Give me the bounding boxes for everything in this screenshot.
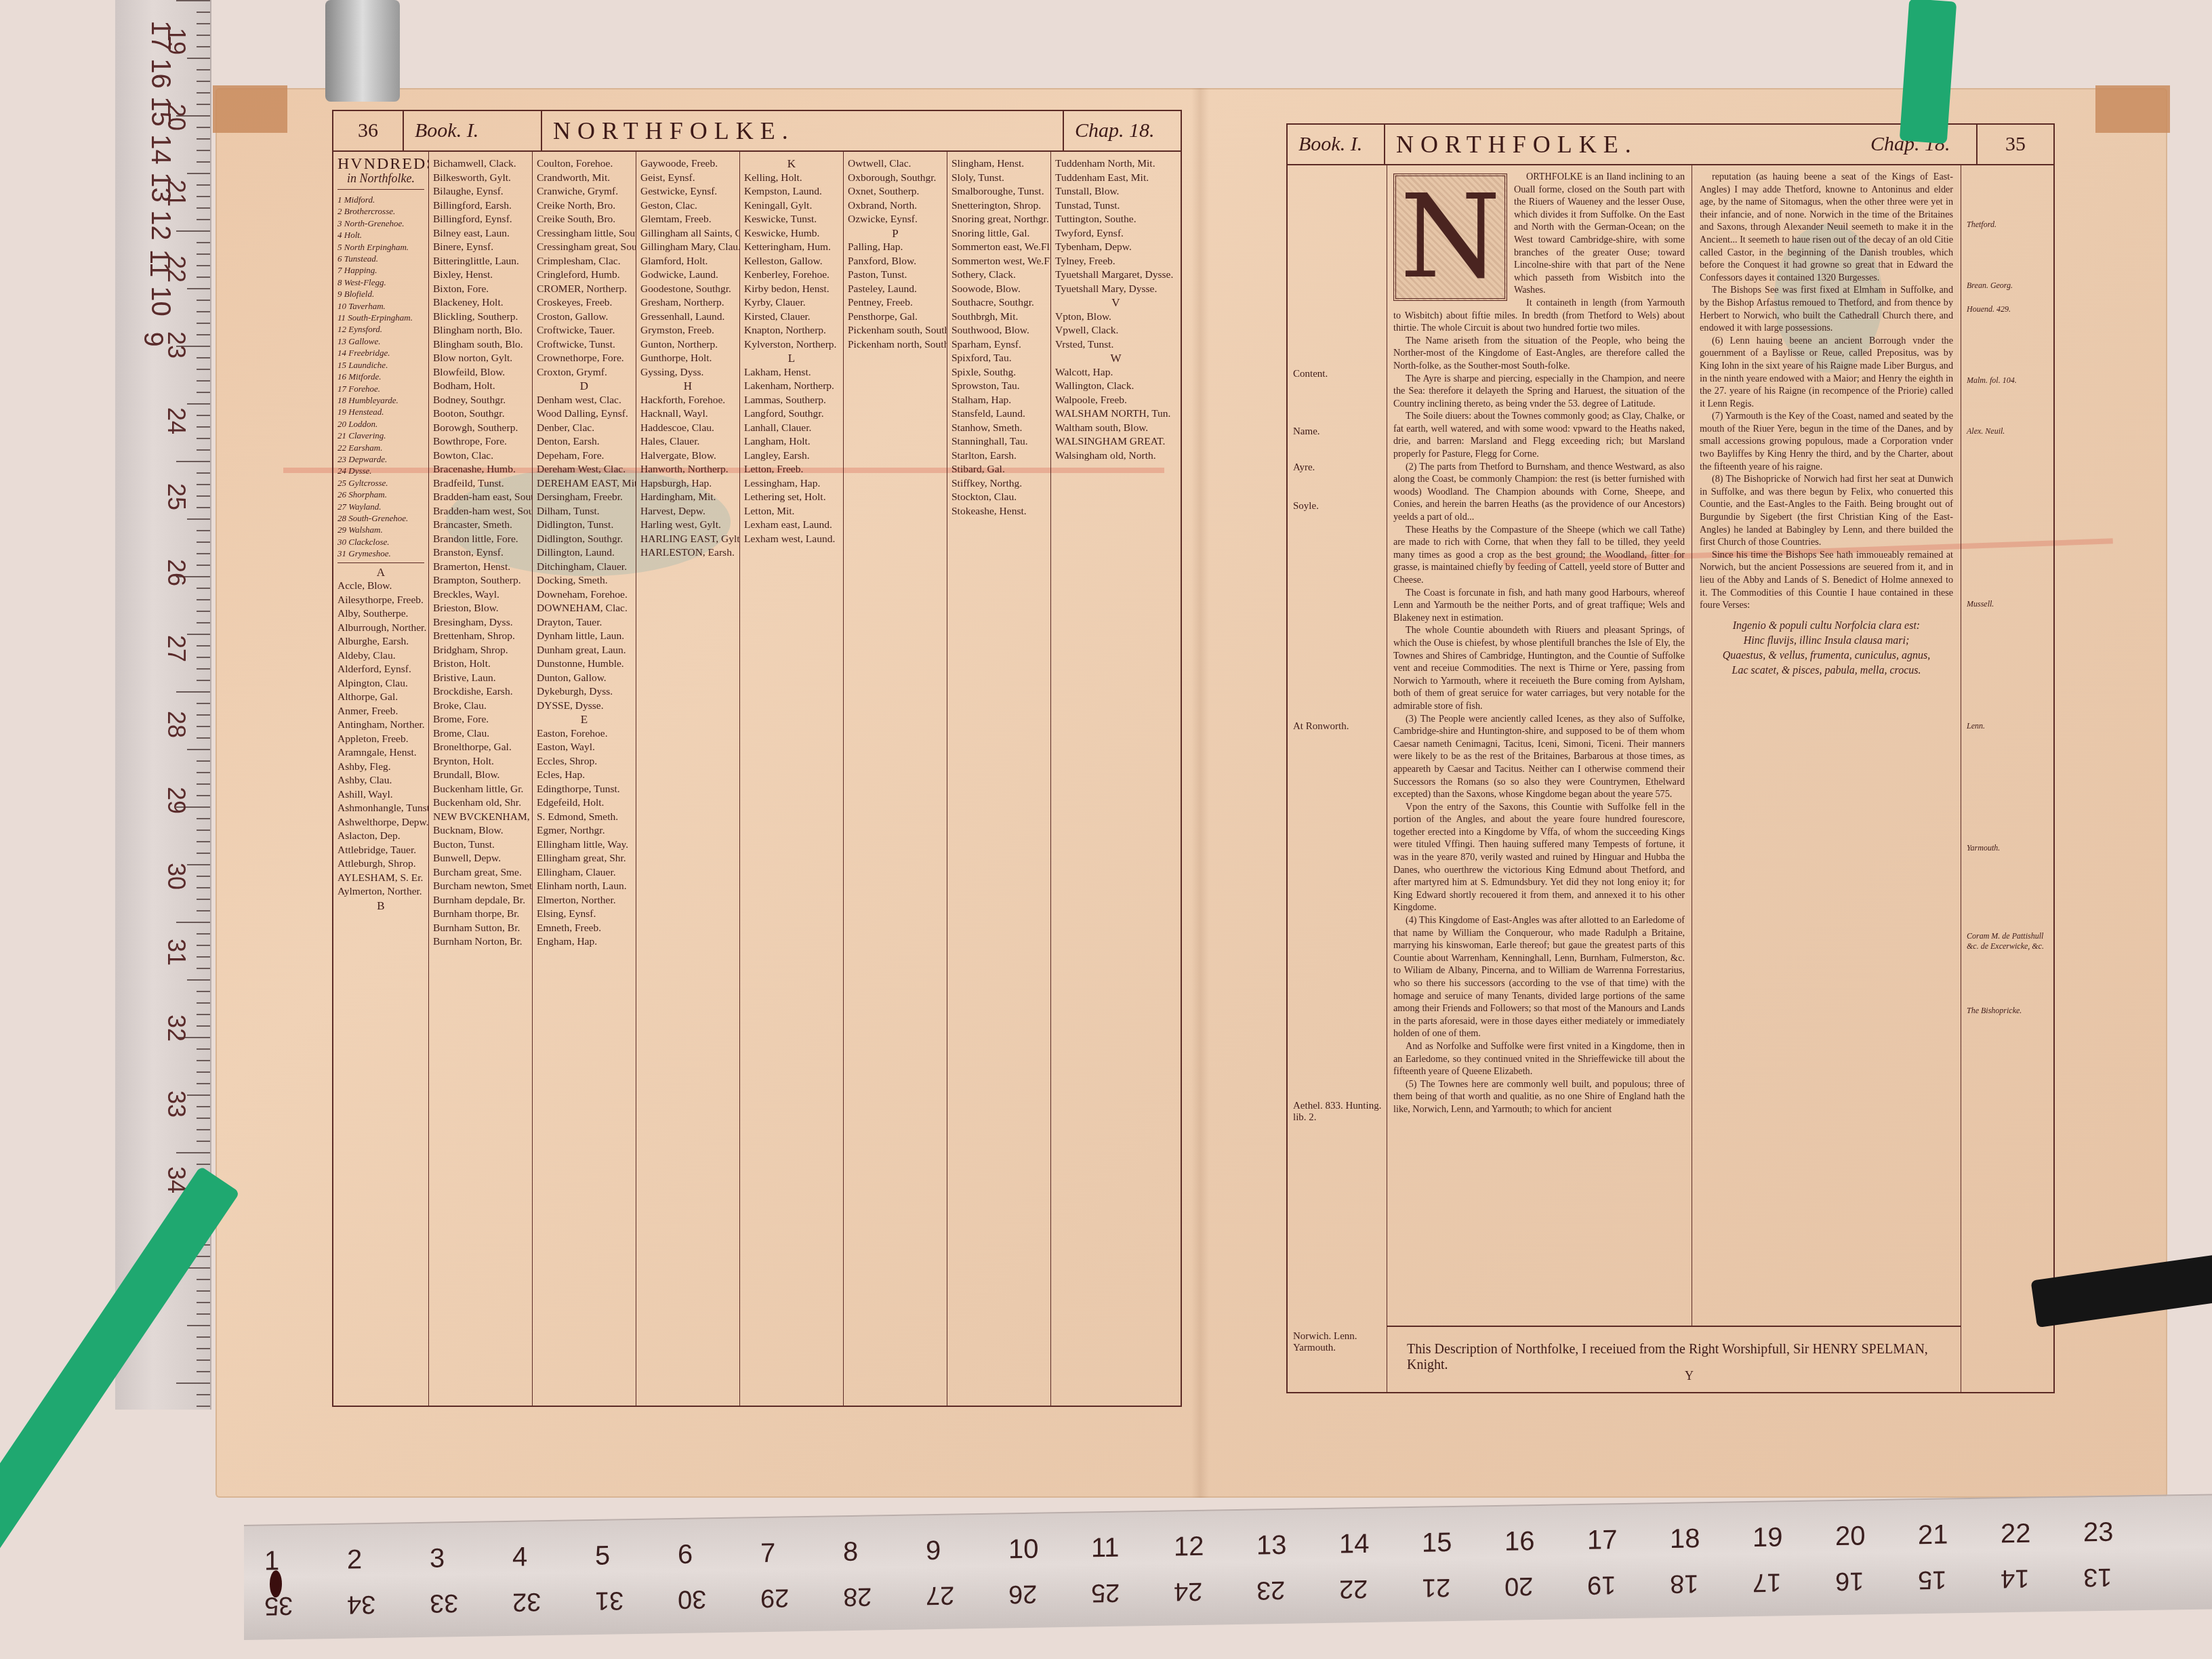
ruler-tick — [197, 1106, 210, 1107]
ruler-tick — [197, 300, 210, 301]
index-entry: Ditchingham, Clauer. — [537, 560, 632, 575]
index-entry: Edingthorpe, Tunst. — [537, 783, 632, 797]
margin-note: Soyle. — [1293, 501, 1319, 512]
ruler-tick — [197, 876, 210, 877]
ruler-number: 33 — [430, 1588, 458, 1618]
hundred-item: 3 North-Grenehoe. — [337, 218, 424, 229]
paragraph: (6) Lenn hauing beene an ancient Borroug… — [1700, 335, 1953, 411]
index-entry: Bilaughe, Eynsf. — [433, 185, 528, 199]
ruler-tick — [197, 1129, 210, 1130]
index-entry: Snetterington, Shrop. — [951, 199, 1046, 213]
index-entry: Bodham, Holt. — [433, 380, 528, 394]
ruler-number: 27 — [162, 635, 190, 662]
index-entry: Aramngale, Henst. — [337, 746, 424, 760]
index-entry: Hanworth, Northerp. — [640, 463, 735, 477]
ruler-tick — [187, 58, 210, 59]
paragraph: The Soile diuers: about the Townes commo… — [1393, 410, 1685, 460]
index-entry: Tunstad, Tunst. — [1055, 199, 1176, 213]
index-entry: Hacknall, Wayl. — [640, 407, 735, 422]
ruler-tick — [197, 1406, 210, 1407]
index-entry: Drayton, Tauer. — [537, 616, 632, 630]
index-entry: Brockdishe, Earsh. — [433, 685, 528, 699]
hundred-item: 25 Gyltcrosse. — [337, 477, 424, 489]
ruler-tick — [197, 207, 210, 209]
index-entry: Dersingham, Freebr. — [537, 491, 632, 505]
index-entry: Bucton, Tunst. — [433, 838, 528, 853]
index-entry: Kelleston, Gallow. — [744, 255, 839, 269]
hundred-item: 6 Tunstead. — [337, 253, 424, 264]
index-entry: Vrsted, Tunst. — [1055, 338, 1176, 352]
index-letter-heading: P — [848, 227, 943, 241]
index-entry: Owtwell, Clac. — [848, 157, 943, 171]
left-margin-notes: Content.Name.Ayre.Soyle.At Ronworth.Aeth… — [1288, 165, 1387, 1392]
ruler-tick — [197, 150, 210, 151]
hundred-item: 21 Clavering. — [337, 430, 424, 441]
ruler-number: 22 — [1339, 1574, 1368, 1603]
index-entry: Panxford, Blow. — [848, 255, 943, 269]
margin-note: Norwich. Lenn. Yarmouth. — [1293, 1331, 1387, 1354]
index-entry: Tybenham, Depw. — [1055, 241, 1176, 255]
ruler-number: 16 — [1835, 1565, 1864, 1595]
index-entry: Bronelthorpe, Gal. — [433, 741, 528, 755]
ruler-number: 30 — [162, 863, 190, 890]
index-entry: Ashill, Wayl. — [337, 788, 424, 802]
index-entry: Slingham, Henst. — [951, 157, 1046, 171]
index-entry: Creike South, Bro. — [537, 213, 632, 227]
ruler-tick — [187, 634, 210, 635]
index-column-2: Bichamwell, Clack.Bilkesworth, Gylt.Bila… — [429, 152, 533, 1406]
index-entry: Alby, Southerpe. — [337, 607, 424, 621]
index-entry: Denham west, Clac. — [537, 394, 632, 408]
index-entry: Crownethorpe, Fore. — [537, 352, 632, 366]
index-entry: Blingham south, Blo. — [433, 338, 528, 352]
index-entry: Soowode, Blow. — [951, 283, 1046, 297]
ruler-tick — [197, 1279, 210, 1280]
paragraph: (8) The Bishopricke of Norwich had first… — [1700, 473, 1953, 549]
ruler-number: 10 — [145, 286, 176, 316]
index-entry: Tuddenham East, Mit. — [1055, 171, 1176, 186]
index-entry: Bradden-ham west, Southg. — [433, 505, 528, 519]
index-entry: DOWNEHAM, Clac. — [537, 602, 632, 616]
index-entry: Pentney, Freeb. — [848, 296, 943, 310]
index-entry: Ketteringham, Hum. — [744, 241, 839, 255]
index-entry: Easton, Wayl. — [537, 741, 632, 755]
index-entry: Geston, Clac. — [640, 199, 735, 213]
index-entry: Sparham, Eynsf. — [951, 338, 1046, 352]
ruler-number: 1 — [264, 1546, 279, 1576]
paragraph: The Bishops See was first fixed at Elmha… — [1700, 284, 1953, 334]
ruler-tick — [197, 956, 210, 958]
place-list: AAccle, Blow.Ailesythorpe, Freeb.Alby, S… — [337, 562, 424, 914]
ruler-tick — [197, 968, 210, 969]
index-entry: Stanhow, Smeth. — [951, 422, 1046, 436]
index-entry: Billingford, Earsh. — [433, 199, 528, 213]
index-entry: Snoring little, Gal. — [951, 227, 1046, 241]
hundred-item: 5 North Erpingham. — [337, 241, 424, 253]
index-entry: Cressingham little, Sout. — [537, 227, 632, 241]
index-entry: Lessingham, Hap. — [744, 477, 839, 491]
hundred-item: 30 Clackclose. — [337, 536, 424, 548]
index-entry: Brandon little, Fore. — [433, 533, 528, 547]
ruler-tick — [197, 1290, 210, 1292]
index-column-7: Slingham, Henst.Sloly, Tunst.Smalborough… — [947, 152, 1051, 1406]
hundred-item: 28 South-Grenehoe. — [337, 512, 424, 524]
ruler-tick — [197, 311, 210, 312]
ruler-number: 20 — [1504, 1571, 1533, 1601]
ruler-tick — [197, 1394, 210, 1395]
index-entry: Croftwicke, Tunst. — [537, 338, 632, 352]
index-entry: Broke, Clau. — [433, 699, 528, 714]
ruler-number: 12 — [1174, 1532, 1204, 1563]
ruler-number: 18 — [1670, 1568, 1698, 1598]
index-entry: Attlebridge, Tauer. — [337, 844, 424, 858]
index-entry: Easton, Forehoe. — [537, 727, 632, 741]
index-entry: Lammas, Southerp. — [744, 394, 839, 408]
corner-tape-top-left — [213, 85, 287, 133]
index-entry: Bodney, Southgr. — [433, 394, 528, 408]
verse-line: Hinc fluvijs, illinc Insula clausa mari; — [1700, 634, 1953, 649]
index-entry: Ozwicke, Eynsf. — [848, 213, 943, 227]
index-entry: Sloly, Tunst. — [951, 171, 1046, 186]
ruler-number: 13 — [1256, 1530, 1287, 1561]
index-entry: Gresham, Northerp. — [640, 296, 735, 310]
paragraph: (5) The Townes here are commonly well bu… — [1393, 1078, 1685, 1116]
hundred-item: 11 South-Erpingham. — [337, 312, 424, 323]
index-entry: Halvergate, Blow. — [640, 449, 735, 464]
page-title: NORTHFOLKE. — [1385, 125, 1860, 164]
ruler-number: 32 — [512, 1586, 541, 1616]
index-entry: Cringleford, Humb. — [537, 268, 632, 283]
margin-note: Content. — [1293, 369, 1328, 380]
right-margin-notes: Thetford.Brean. Georg.Houend. 429.Malm. … — [1961, 165, 2053, 1392]
ruler-number: 6 — [678, 1540, 693, 1570]
paragraph: The Coast is forcunate in fish, and hath… — [1393, 587, 1685, 625]
ruler-tick — [197, 899, 210, 900]
ruler-number: 27 — [926, 1580, 954, 1610]
ruler-tick — [197, 323, 210, 324]
index-entry: Binere, Eynsf. — [433, 241, 528, 255]
ruler-tick — [197, 92, 210, 94]
index-entry: Brome, Clau. — [433, 727, 528, 741]
margin-note: Ayre. — [1293, 462, 1315, 474]
ruler-number: 15 — [1422, 1528, 1452, 1559]
index-entry: Kenberley, Forehoe. — [744, 268, 839, 283]
ruler-number: 19 — [1587, 1570, 1616, 1599]
ruler-number: 21 — [1918, 1519, 1948, 1551]
index-entry: Blowfeild, Blow. — [433, 366, 528, 380]
ruler-number: 5 — [595, 1541, 610, 1572]
index-entry: Buckenham old, Shr. — [433, 796, 528, 811]
index-entry: Brampton, Southerp. — [433, 574, 528, 588]
ruler-number: 34 — [347, 1589, 375, 1619]
ruler-tick — [176, 1152, 210, 1153]
ruler-tick — [197, 703, 210, 704]
signature-mark: Y — [1685, 1369, 1694, 1383]
index-entry: Dunham great, Laun. — [537, 644, 632, 658]
ruler-tick — [197, 334, 210, 335]
index-entry: Bowthrope, Fore. — [433, 435, 528, 449]
index-entry: S. Edmond, Smeth. — [537, 811, 632, 825]
ruler-tick — [197, 1371, 210, 1372]
ruler-tick — [187, 403, 210, 405]
ruler-number: 20 — [162, 104, 190, 131]
hundred-item: 2 Brothercrosse. — [337, 205, 424, 217]
page-number: 36 — [333, 111, 404, 150]
index-column-4: Gaywoode, Freeb.Geist, Eynsf.Gestwicke, … — [636, 152, 740, 1406]
ruler-tick — [187, 518, 210, 520]
index-entry: Engham, Hap. — [537, 935, 632, 949]
ruler-tick — [187, 749, 210, 750]
ruler-tick — [197, 507, 210, 508]
chapter-label: Chap. 18. — [1064, 111, 1181, 150]
index-entry: Brynton, Holt. — [433, 755, 528, 769]
index-entry: Billingford, Eynsf. — [433, 213, 528, 227]
ruler-number: 13 — [2083, 1562, 2112, 1592]
attribution-line: This Description of Northfolke, I receiu… — [1407, 1342, 1961, 1373]
ruler-tick — [197, 645, 210, 647]
index-entry: Cranwiche, Grymf. — [537, 185, 632, 199]
index-entry: Eccles, Shrop. — [537, 755, 632, 769]
index-entry: Tyuetshall Mary, Dysse. — [1055, 283, 1176, 297]
ruler-tick — [197, 818, 210, 819]
ruler-tick — [197, 438, 210, 439]
index-entry: Spixford, Tau. — [951, 352, 1046, 366]
index-entry: Croftwicke, Tauer. — [537, 324, 632, 338]
ruler-tick — [176, 230, 210, 232]
index-entry: Stalham, Hap. — [951, 394, 1046, 408]
ruler-tick — [197, 1048, 210, 1050]
hundred-item: 24 Dysse. — [337, 465, 424, 476]
ruler-number: 14 — [145, 134, 176, 165]
ruler-number: 22 — [2001, 1519, 2031, 1550]
ruler-tick — [197, 161, 210, 163]
index-entry: Bilney east, Laun. — [433, 227, 528, 241]
index-entry: Lexham west, Laund. — [744, 533, 839, 547]
index-entry: Letton, Mit. — [744, 505, 839, 519]
margin-note: Yarmouth. — [1967, 843, 2000, 853]
ruler-tick — [197, 1336, 210, 1338]
index-letter-heading: E — [537, 713, 632, 727]
index-entry: Alburghe, Earsh. — [337, 635, 424, 649]
ruler-tick — [197, 1060, 210, 1061]
index-entry: Pickenham north, Southg. — [848, 338, 943, 352]
place-list: Gaywoode, Freeb.Geist, Eynsf.Gestwicke, … — [640, 157, 735, 560]
verse-line: Lac scatet, & pisces, pabula, mella, cro… — [1700, 663, 1953, 678]
ruler-number: 31 — [595, 1585, 623, 1615]
hundred-item: 19 Henstead. — [337, 406, 424, 417]
index-entry: Croskeyes, Freeb. — [537, 296, 632, 310]
index-entry: Lethering set, Holt. — [744, 491, 839, 505]
index-entry: Pensthorpe, Gal. — [848, 310, 943, 325]
index-letter-heading: V — [1055, 296, 1176, 310]
ruler-tick — [197, 449, 210, 451]
place-index-columns: HVNDREDS in Northfolke. 1 Midford.2 Brot… — [333, 152, 1181, 1406]
ruler-number: 4 — [512, 1542, 527, 1572]
index-entry: Paston, Tunst. — [848, 268, 943, 283]
ruler-tick — [197, 783, 210, 785]
ruler-tick — [197, 426, 210, 428]
index-entry: Breckles, Wayl. — [433, 588, 528, 602]
index-entry: Bixley, Henst. — [433, 268, 528, 283]
ruler-tick — [197, 127, 210, 128]
index-entry: Burcham newton, Smeth. — [433, 880, 528, 894]
map-sheet-verso: 36 Book. I. NORTHFOLKE. Chap. 18. HVNDRE… — [216, 88, 2167, 1498]
index-entry: Kyrby, Clauer. — [744, 296, 839, 310]
index-entry: NEW BVCKENHAM, — [433, 811, 528, 825]
ruler-number: 29 — [760, 1582, 789, 1612]
index-entry: Oxborough, Southgr. — [848, 171, 943, 186]
ruler-tick — [197, 668, 210, 670]
index-entry: Cressingham great, Sout. — [537, 241, 632, 255]
index-entry: Langham, Holt. — [744, 435, 839, 449]
ruler-tick — [197, 887, 210, 888]
index-entry: Bitteringlittle, Laun. — [433, 255, 528, 269]
book-label: Book. I. — [1288, 125, 1385, 164]
ruler-tick — [197, 1164, 210, 1165]
ruler-tick — [197, 1141, 210, 1142]
index-entry: Didlington, Southgr. — [537, 533, 632, 547]
index-entry: Hardingham, Mit. — [640, 491, 735, 505]
ruler-number: 21 — [1422, 1572, 1450, 1602]
ruler-tick — [197, 611, 210, 612]
hundreds-list: 1 Midford.2 Brothercrosse.3 North-Greneh… — [337, 194, 424, 560]
latin-verse: Ingenio & populi cultu Norfolcia clara e… — [1700, 619, 1953, 678]
ruler-number: 12 — [145, 210, 176, 241]
ruler-tick — [197, 484, 210, 485]
index-entry: Brieston, Blow. — [433, 602, 528, 616]
paragraph: And as Norfolke and Suffolke were first … — [1393, 1040, 1685, 1078]
index-entry: Brundall, Blow. — [433, 769, 528, 783]
hundred-item: 29 Walsham. — [337, 524, 424, 535]
margin-note: Name. — [1293, 426, 1320, 438]
index-entry: Walsingham old, North. — [1055, 449, 1176, 464]
ruler-tick — [197, 138, 210, 140]
index-entry: Burnham depdale, Br. — [433, 894, 528, 908]
index-entry: Bramerton, Henst. — [433, 560, 528, 575]
ruler-number: 10 — [1008, 1534, 1039, 1565]
ruler-number: 24 — [162, 407, 190, 434]
ruler-tick — [197, 12, 210, 13]
ruler-number: 9 — [926, 1536, 941, 1566]
index-entry: WALSINGHAM GREAT. — [1055, 435, 1176, 449]
margin-note: The Bishopricke. — [1967, 1006, 2022, 1016]
hundreds-title: HVNDREDS — [337, 157, 424, 171]
index-entry: Kelling, Holt. — [744, 171, 839, 186]
hundred-item: 16 Mitforde. — [337, 371, 424, 382]
index-entry: Alburrough, Norther. — [337, 621, 424, 636]
index-entry: Tunstall, Blow. — [1055, 185, 1176, 199]
description-column-1: N ORTHFOLKE is an Iland inclining to an … — [1387, 165, 1692, 1327]
page-title: NORTHFOLKE. — [542, 111, 1064, 150]
footer: This Description of Northfolke, I receiu… — [1387, 1326, 1961, 1392]
index-entry: Emneth, Freeb. — [537, 922, 632, 936]
ruler-tick — [197, 1025, 210, 1027]
margin-note: Lenn. — [1967, 721, 1985, 731]
index-entry: Alpington, Clau. — [337, 677, 424, 691]
index-entry: Lakham, Henst. — [744, 366, 839, 380]
index-entry: Letton, Freeb. — [744, 463, 839, 477]
index-entry: Sothery, Clack. — [951, 268, 1046, 283]
index-entry: Ashby, Clau. — [337, 774, 424, 788]
index-entry: Hapsburgh, Hap. — [640, 477, 735, 491]
hundred-item: 9 Blofield. — [337, 288, 424, 300]
index-entry: Brancaster, Smeth. — [433, 518, 528, 533]
index-entry: Pasteley, Laund. — [848, 283, 943, 297]
ruler-number: 16 — [1504, 1526, 1535, 1557]
index-entry: Tuddenham North, Mit. — [1055, 157, 1176, 171]
ruler-tick — [197, 1359, 210, 1361]
index-entry: Gressenhall, Laund. — [640, 310, 735, 325]
index-entry: Anmer, Freeb. — [337, 705, 424, 719]
index-column-5: KKelling, Holt.Kempston, Laund.Keningall… — [740, 152, 844, 1406]
paragraph: Vpon the entry of the Saxons, this Count… — [1393, 801, 1685, 914]
ruler-number: 8 — [843, 1537, 858, 1568]
index-entry: Gaywoode, Freeb. — [640, 157, 735, 171]
index-entry: DYSSE, Dysse. — [537, 699, 632, 714]
index-entry: Aylmerton, Norther. — [337, 885, 424, 899]
ruler-number: 7 — [760, 1538, 775, 1569]
index-entry: Crimplesham, Clac. — [537, 255, 632, 269]
center-fold — [1191, 88, 1209, 1498]
index-entry: Ashmonhangle, Tunst. — [337, 802, 424, 816]
ruler-tick — [197, 760, 210, 762]
index-entry: Knapton, Northerp. — [744, 324, 839, 338]
index-entry: Goodestone, Southgr. — [640, 283, 735, 297]
margin-note: Thetford. — [1967, 220, 1996, 230]
index-entry: Langford, Southgr. — [744, 407, 839, 422]
index-entry: Burcham great, Sme. — [433, 866, 528, 880]
index-entry: Gillingham Mary, Clau. — [640, 241, 735, 255]
place-list: Slingham, Henst.Sloly, Tunst.Smalborough… — [951, 157, 1046, 518]
ruler-number: 33 — [162, 1090, 190, 1118]
index-entry: Bucknam, Blow. — [433, 824, 528, 838]
margin-note: Malm. fol. 104. — [1967, 375, 2017, 386]
index-entry: Dereham West, Clac. — [537, 463, 632, 477]
index-entry: Sommerton west, We.Fl. — [951, 255, 1046, 269]
index-entry: Bilkesworth, Gylt. — [433, 171, 528, 186]
index-entry: Ellingham little, Way. — [537, 838, 632, 853]
verse-line: Quaestus, & vellus, frumenta, cuniculus,… — [1700, 649, 1953, 663]
ruler-number: 31 — [162, 939, 190, 966]
index-letter-heading: H — [640, 380, 735, 394]
index-letter-heading: D — [537, 380, 632, 394]
index-entry: Alderford, Eynsf. — [337, 663, 424, 677]
ruler-tick — [187, 979, 210, 981]
ruler-tick — [197, 910, 210, 912]
margin-note: Aethel. 833. Hunting. lib. 2. — [1293, 1101, 1387, 1124]
ruler-tick — [197, 392, 210, 393]
ruler-tick — [197, 415, 210, 416]
index-entry: Gestwicke, Eynsf. — [640, 185, 735, 199]
index-entry: Gunthorpe, Holt. — [640, 352, 735, 366]
index-entry: Ashby, Fleg. — [337, 760, 424, 775]
ruler-number: 28 — [843, 1581, 872, 1611]
ruler-tick — [197, 23, 210, 24]
ruler-number: 19 — [162, 28, 190, 55]
margin-note: At Ronworth. — [1293, 721, 1349, 733]
ruler-tick — [197, 69, 210, 70]
index-entry: Attleburgh, Shrop. — [337, 857, 424, 872]
description-text: reputation (as hauing beene a seat of th… — [1700, 171, 1953, 612]
ruler-number: 21 — [162, 180, 190, 207]
index-entry: Ellingham great, Shr. — [537, 852, 632, 866]
index-column-6: Owtwell, Clac.Oxborough, Southgr.Oxnet, … — [844, 152, 947, 1406]
index-entry: Lakenham, Northerp. — [744, 380, 839, 394]
ruler-tick — [197, 991, 210, 992]
index-entry: Elinham north, Laun. — [537, 880, 632, 894]
index-entry: Sprowston, Tau. — [951, 380, 1046, 394]
margin-note: Alex. Neuil. — [1967, 426, 2005, 436]
